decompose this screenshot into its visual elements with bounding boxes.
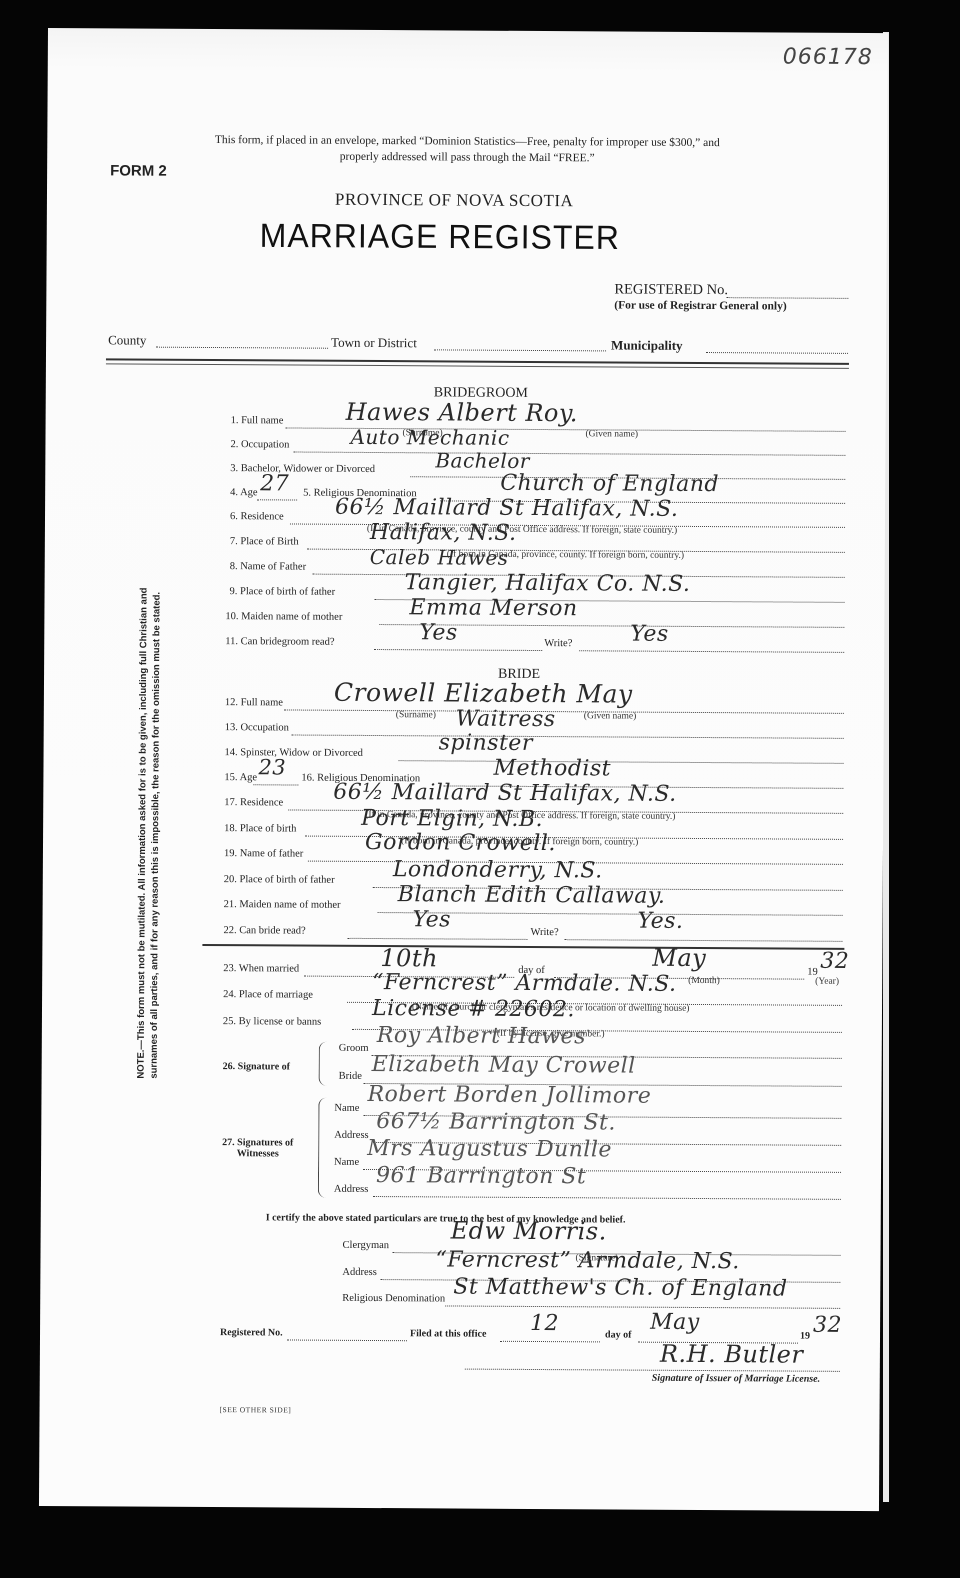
bride-write-label: Write? [530, 927, 558, 938]
county-label: County [108, 332, 146, 348]
municipality-field[interactable] [706, 352, 848, 354]
groom-read-line [374, 649, 542, 651]
witness1-address-label: Address [334, 1130, 368, 1141]
issuer-signature-line [465, 1369, 840, 1372]
clergy-religion-value[interactable]: St Matthew's Ch. of England [453, 1274, 787, 1301]
witness2-name-value[interactable]: Mrs Augustus Dunlle [367, 1136, 612, 1162]
bride-full-name-line [284, 709, 844, 713]
witness1-name-value[interactable]: Robert Borden Jollimore [367, 1082, 651, 1109]
witnesses-brace [318, 1098, 328, 1198]
groom-signature-label: Groom [339, 1043, 369, 1054]
groom-full-name-label: 1. Full name [231, 415, 284, 426]
groom-mother-label: 10. Maiden name of mother [225, 611, 342, 623]
clergy-religion-label: Religious Denomination [342, 1293, 445, 1305]
bride-father-birthplace-value[interactable]: Londonderry, N.S. [393, 857, 603, 883]
groom-birthplace-value[interactable]: Halifax, N.S. [370, 520, 517, 546]
page-title: MARRIAGE REGISTER [260, 216, 620, 257]
bride-father-label: 19. Name of father [224, 848, 303, 859]
groom-birthplace-label: 7. Place of Birth [230, 536, 299, 547]
bride-occupation-value[interactable]: Waitress [456, 707, 556, 733]
license-label: 25. By license or banns [223, 1016, 321, 1028]
serial-number: 066178 [783, 44, 873, 70]
witness1-address-value[interactable]: 667½ Barrington St. [376, 1109, 616, 1135]
when-married-label: 23. When married [223, 963, 299, 974]
see-other-side: [SEE OTHER SIDE] [220, 1405, 292, 1414]
groom-given-hint: (Given name) [585, 429, 638, 439]
groom-read-label: 11. Can bridegroom read? [225, 636, 334, 648]
marriage-register-form: 066178 This form, if placed in an envelo… [39, 28, 888, 1511]
bride-given-hint: (Given name) [584, 711, 637, 721]
bride-age-value[interactable]: 23 [258, 755, 286, 779]
place-of-marriage-label: 24. Place of marriage [223, 989, 313, 1001]
groom-occupation-value[interactable]: Auto Mechanic [350, 425, 509, 450]
county-field[interactable] [156, 347, 328, 349]
bride-surname-hint: (Surname) [396, 710, 436, 720]
witness2-address-line [373, 1196, 841, 1200]
month-hint: (Month) [688, 976, 720, 986]
bride-write-line [564, 939, 842, 942]
bride-father-value[interactable]: Gordon Crowell. [365, 830, 556, 856]
bride-status-value[interactable]: spinster [439, 730, 533, 756]
clergyman-label: Clergyman [343, 1240, 390, 1251]
bride-age-label: 15. Age [224, 772, 257, 783]
signature-of-label: 26. Signature of [223, 1061, 290, 1072]
witness2-name-label: Name [334, 1157, 359, 1168]
groom-write-line [579, 650, 844, 653]
groom-age-line [257, 499, 297, 500]
filed-month-value[interactable]: May [650, 1310, 700, 1335]
issuer-signature[interactable]: R.H. Butler [660, 1340, 804, 1369]
witness1-name-label: Name [334, 1103, 359, 1114]
filing-registered-no-label: Registered No. [220, 1327, 283, 1338]
groom-write-value[interactable]: Yes [630, 622, 669, 647]
when-married-year[interactable]: 32 [820, 949, 849, 974]
groom-write-label: Write? [544, 638, 572, 649]
bride-read-label: 22. Can bride read? [223, 925, 305, 937]
bride-occupation-label: 13. Occupation [225, 722, 289, 733]
groom-status-label: 3. Bachelor, Widower or Divorced [230, 463, 375, 475]
bride-status-line [399, 760, 844, 764]
groom-father-birthplace-label: 9. Place of birth of father [230, 586, 336, 598]
filed-day-line [500, 1341, 600, 1343]
year-hint: (Year) [815, 977, 839, 987]
witness2-address-value[interactable]: 961 Barrington St [376, 1163, 586, 1189]
clergy-address-label: Address [342, 1267, 376, 1278]
bride-write-value[interactable]: Yes. [637, 909, 683, 934]
bride-status-label: 14. Spinster, Widow or Divorced [225, 747, 363, 759]
groom-occupation-line [293, 452, 845, 456]
groom-age-value[interactable]: 27 [260, 471, 289, 496]
groom-residence-value[interactable]: 66½ Maillard St Halifax, N.S. [335, 495, 678, 522]
bride-father-birthplace-label: 20. Place of birth of father [224, 874, 335, 886]
groom-signature-value[interactable]: Roy Albert Hawes [377, 1023, 586, 1049]
groom-full-name-value[interactable]: Hawes Albert Roy. [346, 398, 578, 427]
bride-age-line [253, 784, 298, 785]
bride-full-name-value[interactable]: Crowell Elizabeth May [334, 678, 633, 709]
mail-notice: This form, if placed in an envelope, mar… [107, 131, 827, 167]
town-label: Town or District [331, 335, 417, 352]
bride-occupation-line [292, 735, 844, 739]
bride-full-name-label: 12. Full name [225, 697, 283, 708]
groom-status-value[interactable]: Bachelor [435, 448, 530, 473]
when-married-month[interactable]: May [652, 944, 706, 972]
filed-year-value[interactable]: 32 [813, 1313, 842, 1338]
bride-religion-value[interactable]: Methodist [493, 756, 611, 782]
groom-father-value[interactable]: Caleb Hawes [370, 545, 509, 570]
registered-no-field[interactable] [726, 297, 848, 299]
bride-residence-value[interactable]: 66½ Maillard St Halifax, N.S. [333, 780, 676, 807]
bride-section-divider [202, 944, 844, 950]
bride-birthplace-value[interactable]: Port Elgin, N.B. [361, 806, 543, 832]
municipality-label: Municipality [611, 337, 683, 353]
groom-occupation-label: 2. Occupation [230, 439, 289, 450]
filed-day-value[interactable]: 12 [530, 1311, 559, 1336]
filing-registered-no-field[interactable] [287, 1339, 407, 1341]
witnesses-label: 27. Signatures of Witnesses [222, 1137, 293, 1159]
signature-brace [319, 1042, 328, 1086]
side-note: NOTE.—This form must not be mutilated. A… [135, 588, 164, 1079]
town-field[interactable] [434, 349, 606, 351]
bride-residence-label: 17. Residence [224, 797, 283, 808]
filed-day-of-label: day of [605, 1329, 631, 1340]
groom-father-birthplace-value[interactable]: Tangier, Halifax Co. N.S. [405, 570, 691, 597]
clergy-address-value[interactable]: “Ferncrest” Armdale, N.S. [435, 1247, 740, 1274]
license-value[interactable]: License # 22602. [372, 996, 575, 1022]
registered-no-label: REGISTERED No. [614, 281, 728, 299]
issuer-label: Signature of Issuer of Marriage License. [652, 1373, 820, 1385]
bride-read-value[interactable]: Yes [412, 907, 451, 932]
bride-mother-value[interactable]: Blanch Edith Callaway. [398, 882, 666, 909]
when-married-day[interactable]: 10th [380, 944, 438, 972]
groom-residence-label: 6. Residence [230, 511, 284, 522]
bride-birthplace-label: 18. Place of birth [224, 823, 296, 834]
bride-signature-label: Bride [339, 1071, 362, 1082]
witness2-address-label: Address [334, 1184, 368, 1195]
groom-read-value[interactable]: Yes [419, 620, 458, 645]
groom-age-label: 4. Age [230, 487, 257, 498]
groom-religion-value[interactable]: Church of England [500, 471, 719, 497]
bride-mother-label: 21. Maiden name of mother [224, 899, 341, 911]
clergyman-signature[interactable]: Edw Morris. [451, 1216, 607, 1245]
form-number: FORM 2 [110, 162, 167, 179]
registered-no-note: (For use of Registrar General only) [614, 299, 786, 312]
province-heading: PROVINCE OF NOVA SCOTIA [335, 190, 573, 211]
bride-read-line [347, 938, 527, 940]
groom-mother-value[interactable]: Emma Merson [409, 595, 577, 621]
groom-father-label: 8. Name of Father [230, 561, 306, 572]
clergy-religion-line [445, 1305, 840, 1308]
filed-at-office-label: Filed at this office [410, 1328, 486, 1339]
bride-signature-value[interactable]: Elizabeth May Crowell [372, 1052, 636, 1079]
place-of-marriage-value[interactable]: “Ferncrest” Armdale. N.S. [372, 970, 677, 997]
